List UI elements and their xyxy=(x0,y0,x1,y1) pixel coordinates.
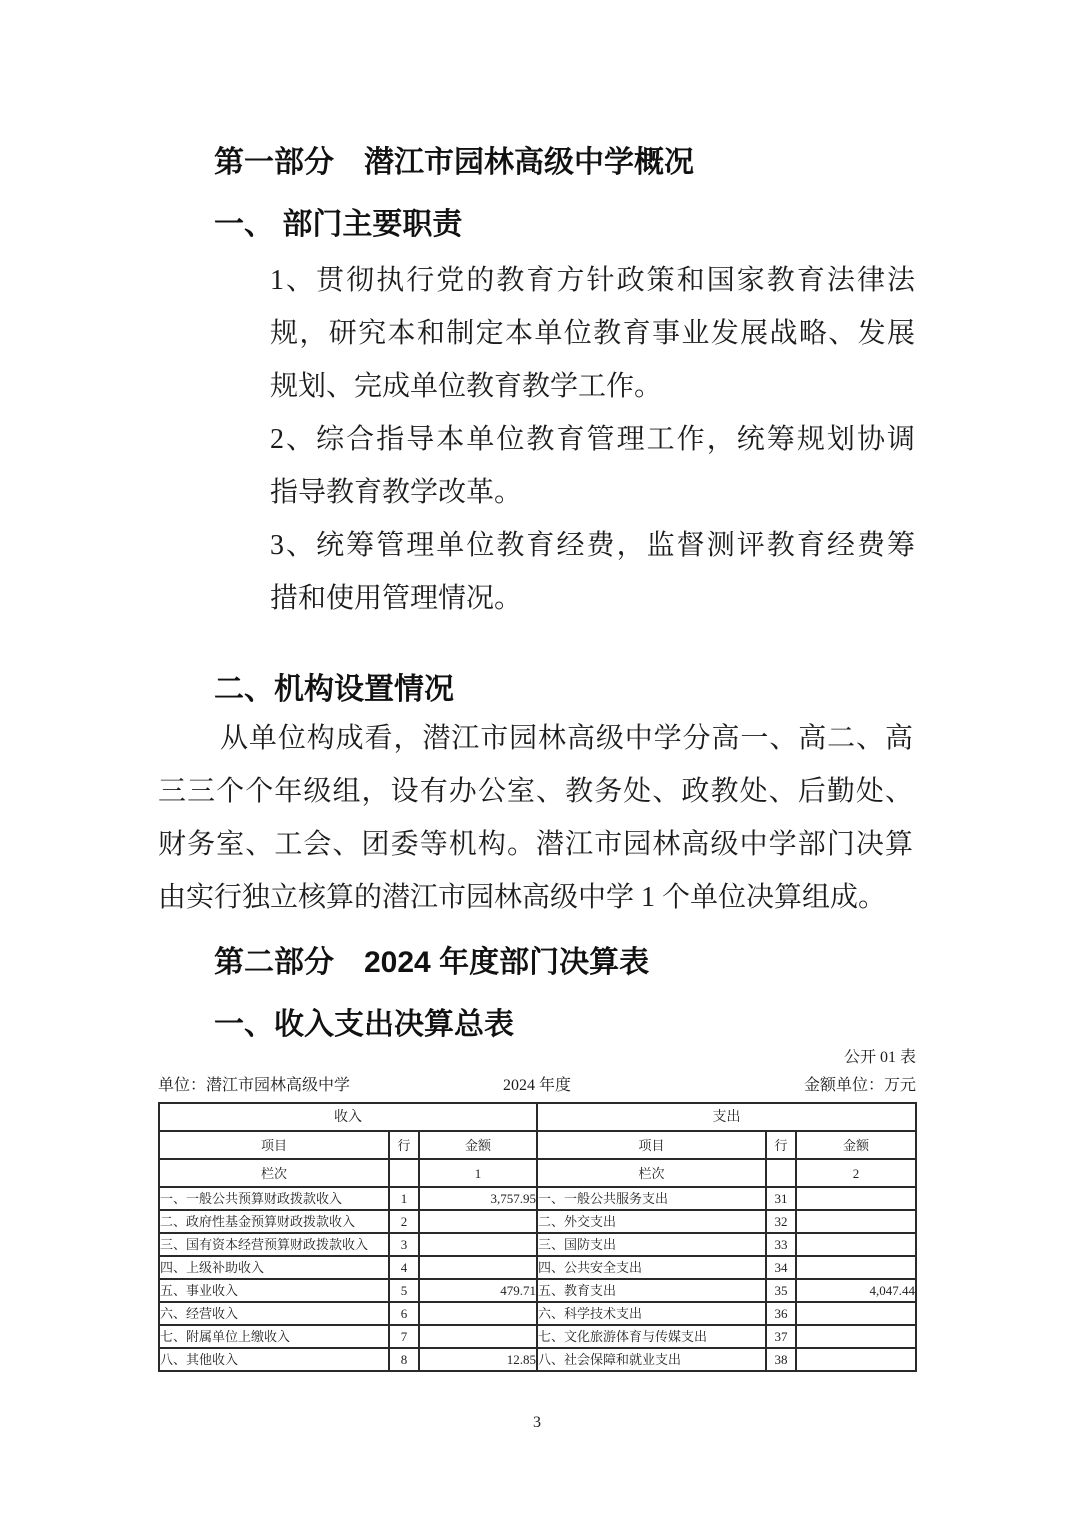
paragraph-line: 1、贯彻执行党的教育方针政策和国家教育法律法 xyxy=(270,254,915,307)
expense-item-cell: 二、外交支出 xyxy=(537,1210,766,1233)
table-row: 六、经营收入 6 六、科学技术支出 36 xyxy=(159,1302,916,1325)
income-title-cell: 收入 xyxy=(159,1103,537,1131)
expense-rownum-cell: 35 xyxy=(766,1279,796,1302)
expense-amount-cell xyxy=(796,1233,916,1256)
expense-rownum-cell: 36 xyxy=(766,1302,796,1325)
paragraph-line: 规，研究本和制定本单位教育事业发展战略、发展 xyxy=(270,307,915,360)
expense-col-index-cell: 2 xyxy=(796,1159,916,1187)
income-rownum-cell: 1 xyxy=(389,1187,419,1210)
table-section-heading: 一、收入支出决算总表 xyxy=(214,1007,916,1043)
expense-amount-cell: 4,047.44 xyxy=(796,1279,916,1302)
income-rownum-cell: 3 xyxy=(389,1233,419,1256)
income-rownum-cell: 7 xyxy=(389,1325,419,1348)
income-rownum-cell: 6 xyxy=(389,1302,419,1325)
expense-amount-cell xyxy=(796,1325,916,1348)
col-header-row: 行 xyxy=(389,1131,419,1159)
income-rownum-cell: 5 xyxy=(389,1279,419,1302)
expense-rownum-cell: 32 xyxy=(766,1210,796,1233)
income-item-cell: 四、上级补助收入 xyxy=(159,1256,389,1279)
income-item-cell: 五、事业收入 xyxy=(159,1279,389,1302)
income-amount-cell: 479.71 xyxy=(419,1279,537,1302)
year-label: 2024 年度 xyxy=(503,1075,571,1097)
expense-item-cell: 一、一般公共服务支出 xyxy=(537,1187,766,1210)
table-tag-label: 公开 01 表 xyxy=(158,1047,916,1069)
col-header-item: 项目 xyxy=(537,1131,766,1159)
income-amount-cell xyxy=(419,1210,537,1233)
duties-paragraphs: 1、贯彻执行党的教育方针政策和国家教育法律法 规，研究本和制定本单位教育事业发展… xyxy=(270,254,915,625)
expense-rownum-cell: 33 xyxy=(766,1233,796,1256)
table-row: 栏次 1 栏次 2 xyxy=(159,1159,916,1187)
duty-item: 3、统筹管理单位教育经费，监督测评教育经费筹 措和使用管理情况。 xyxy=(270,519,915,625)
table-row: 三、国有资本经营预算财政拨款收入 3 三、国防支出 33 xyxy=(159,1233,916,1256)
expense-item-cell: 八、社会保障和就业支出 xyxy=(537,1348,766,1371)
unit-label: 单位：潜江市园林高级中学 xyxy=(158,1075,503,1097)
income-col-index-cell: 1 xyxy=(419,1159,537,1187)
part2-title: 第二部分 2024 年度部门决算表 xyxy=(214,945,916,981)
paragraph-line: 指导教育教学改革。 xyxy=(270,466,915,519)
paragraph-line: 三三个个年级组，设有办公室、教务处、政教处、后勤处、 xyxy=(158,765,913,818)
income-item-cell: 三、国有资本经营预算财政拨款收入 xyxy=(159,1233,389,1256)
lanci-cell: 栏次 xyxy=(537,1159,766,1187)
paragraph-line: 措和使用管理情况。 xyxy=(270,572,915,625)
expense-rownum-cell: 31 xyxy=(766,1187,796,1210)
amount-unit-label: 金额单位：万元 xyxy=(571,1075,916,1097)
paragraph-line: 由实行独立核算的潜江市园林高级中学 1 个单位决算组成。 xyxy=(158,871,913,924)
income-amount-cell: 12.85 xyxy=(419,1348,537,1371)
income-rownum-cell: 4 xyxy=(389,1256,419,1279)
expense-amount-cell xyxy=(796,1348,916,1371)
expense-title-cell: 支出 xyxy=(537,1103,916,1131)
page-number: 3 xyxy=(158,1412,916,1434)
col-header-amount: 金额 xyxy=(419,1131,537,1159)
table-row: 四、上级补助收入 4 四、公共安全支出 34 xyxy=(159,1256,916,1279)
expense-amount-cell xyxy=(796,1210,916,1233)
table-row: 收入 支出 xyxy=(159,1103,916,1131)
duty-item: 1、贯彻执行党的教育方针政策和国家教育法律法 规，研究本和制定本单位教育事业发展… xyxy=(270,254,915,413)
income-item-cell: 八、其他收入 xyxy=(159,1348,389,1371)
section-duties-heading: 一、 部门主要职责 xyxy=(214,207,916,243)
income-amount-cell xyxy=(419,1256,537,1279)
income-rownum-cell: 2 xyxy=(389,1210,419,1233)
income-item-cell: 六、经营收入 xyxy=(159,1302,389,1325)
income-rownum-cell: 8 xyxy=(389,1348,419,1371)
table-row: 五、事业收入 5 479.71 五、教育支出 35 4,047.44 xyxy=(159,1279,916,1302)
expense-item-cell: 六、科学技术支出 xyxy=(537,1302,766,1325)
income-expense-summary-table: 收入 支出 项目 行 金额 项目 行 金额 栏次 1 栏次 2 一、一般公共预算… xyxy=(158,1102,917,1372)
table-row: 项目 行 金额 项目 行 金额 xyxy=(159,1131,916,1159)
table-row: 一、一般公共预算财政拨款收入 1 3,757.95 一、一般公共服务支出 31 xyxy=(159,1187,916,1210)
expense-item-cell: 七、文化旅游体育与传媒支出 xyxy=(537,1325,766,1348)
income-amount-cell xyxy=(419,1302,537,1325)
expense-amount-cell xyxy=(796,1302,916,1325)
part1-title: 第一部分 潜江市园林高级中学概况 xyxy=(214,145,916,181)
expense-item-cell: 三、国防支出 xyxy=(537,1233,766,1256)
income-item-cell: 二、政府性基金预算财政拨款收入 xyxy=(159,1210,389,1233)
col-header-row: 行 xyxy=(766,1131,796,1159)
expense-rownum-cell: 38 xyxy=(766,1348,796,1371)
paragraph-line: 财务室、工会、团委等机构。潜江市园林高级中学部门决算 xyxy=(158,818,913,871)
income-amount-cell xyxy=(419,1233,537,1256)
expense-rownum-cell: 34 xyxy=(766,1256,796,1279)
income-item-cell: 七、附属单位上缴收入 xyxy=(159,1325,389,1348)
expense-item-cell: 四、公共安全支出 xyxy=(537,1256,766,1279)
paragraph-line: 从单位构成看，潜江市园林高级中学分高一、高二、高 xyxy=(158,712,913,765)
paragraph-line: 3、统筹管理单位教育经费，监督测评教育经费筹 xyxy=(270,519,915,572)
paragraph-line: 规划、完成单位教育教学工作。 xyxy=(270,360,915,413)
document-page: 第一部分 潜江市园林高级中学概况 一、 部门主要职责 1、贯彻执行党的教育方针政… xyxy=(0,0,1074,1520)
table-row: 八、其他收入 8 12.85 八、社会保障和就业支出 38 xyxy=(159,1348,916,1371)
paragraph-line: 2、综合指导本单位教育管理工作，统筹规划协调 xyxy=(270,413,915,466)
expense-item-cell: 五、教育支出 xyxy=(537,1279,766,1302)
org-paragraph: 从单位构成看，潜江市园林高级中学分高一、高二、高 三三个个年级组，设有办公室、教… xyxy=(158,712,913,924)
col-header-item: 项目 xyxy=(159,1131,389,1159)
table-row: 七、附属单位上缴收入 7 七、文化旅游体育与传媒支出 37 xyxy=(159,1325,916,1348)
col-header-amount: 金额 xyxy=(796,1131,916,1159)
table-row: 二、政府性基金预算财政拨款收入 2 二、外交支出 32 xyxy=(159,1210,916,1233)
empty-cell xyxy=(389,1159,419,1187)
income-amount-cell xyxy=(419,1325,537,1348)
income-item-cell: 一、一般公共预算财政拨款收入 xyxy=(159,1187,389,1210)
lanci-cell: 栏次 xyxy=(159,1159,389,1187)
empty-cell xyxy=(766,1159,796,1187)
section-org-heading: 二、机构设置情况 xyxy=(214,672,916,708)
expense-amount-cell xyxy=(796,1187,916,1210)
table-meta-row: 单位：潜江市园林高级中学 2024 年度 金额单位：万元 xyxy=(158,1075,916,1097)
expense-amount-cell xyxy=(796,1256,916,1279)
expense-rownum-cell: 37 xyxy=(766,1325,796,1348)
income-amount-cell: 3,757.95 xyxy=(419,1187,537,1210)
duty-item: 2、综合指导本单位教育管理工作，统筹规划协调 指导教育教学改革。 xyxy=(270,413,915,519)
